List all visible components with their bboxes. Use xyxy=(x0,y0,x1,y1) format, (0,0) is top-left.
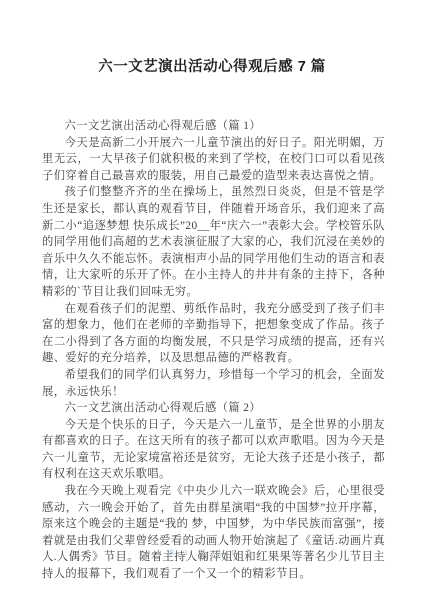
section-1-heading: 六一文艺演出活动心得观后感（篇 1） xyxy=(42,118,385,135)
section-1-paragraph-4: 希望我们的同学们认真努力，珍惜每一个学习的机会，全面发展，永远快乐！ xyxy=(42,367,385,400)
section-1-paragraph-3: 在观看孩子们的泥塑、剪纸作品时，我充分感受到了孩子们丰富的想象力，他们在老师的辛… xyxy=(42,301,385,367)
section-2-paragraph-2: 我在今天晚上观看完《中央少儿六一联欢晚会》后，心里很受感动，六一晚会开始了，首先… xyxy=(42,483,385,583)
section-1-paragraph-1: 今天是高新二小开展六一儿童节演出的好日子。阳光明媚，万里无云，一大早孩子们就积极… xyxy=(42,135,385,185)
page-number-footer: 第 1 页 共 5 页 xyxy=(0,548,424,558)
document-page: 六一文艺演出活动心得观后感 7 篇 六一文艺演出活动心得观后感（篇 1） 今天是… xyxy=(0,0,424,600)
document-body: 六一文艺演出活动心得观后感（篇 1） 今天是高新二小开展六一儿童节演出的好日子。… xyxy=(42,118,385,583)
section-2-heading: 六一文艺演出活动心得观后感（篇 2） xyxy=(42,400,385,417)
document-title: 六一文艺演出活动心得观后感 7 篇 xyxy=(0,0,424,77)
section-2-paragraph-1: 今天是个快乐的日子，今天是六一儿童节，是全世界的小朋友有都喜欢的日子。在这天所有… xyxy=(42,417,385,483)
section-1-paragraph-2: 孩子们整整齐齐的坐在操场上，虽然烈日炎炎，但是不管是学生还是家长，都认真的观看节… xyxy=(42,184,385,300)
